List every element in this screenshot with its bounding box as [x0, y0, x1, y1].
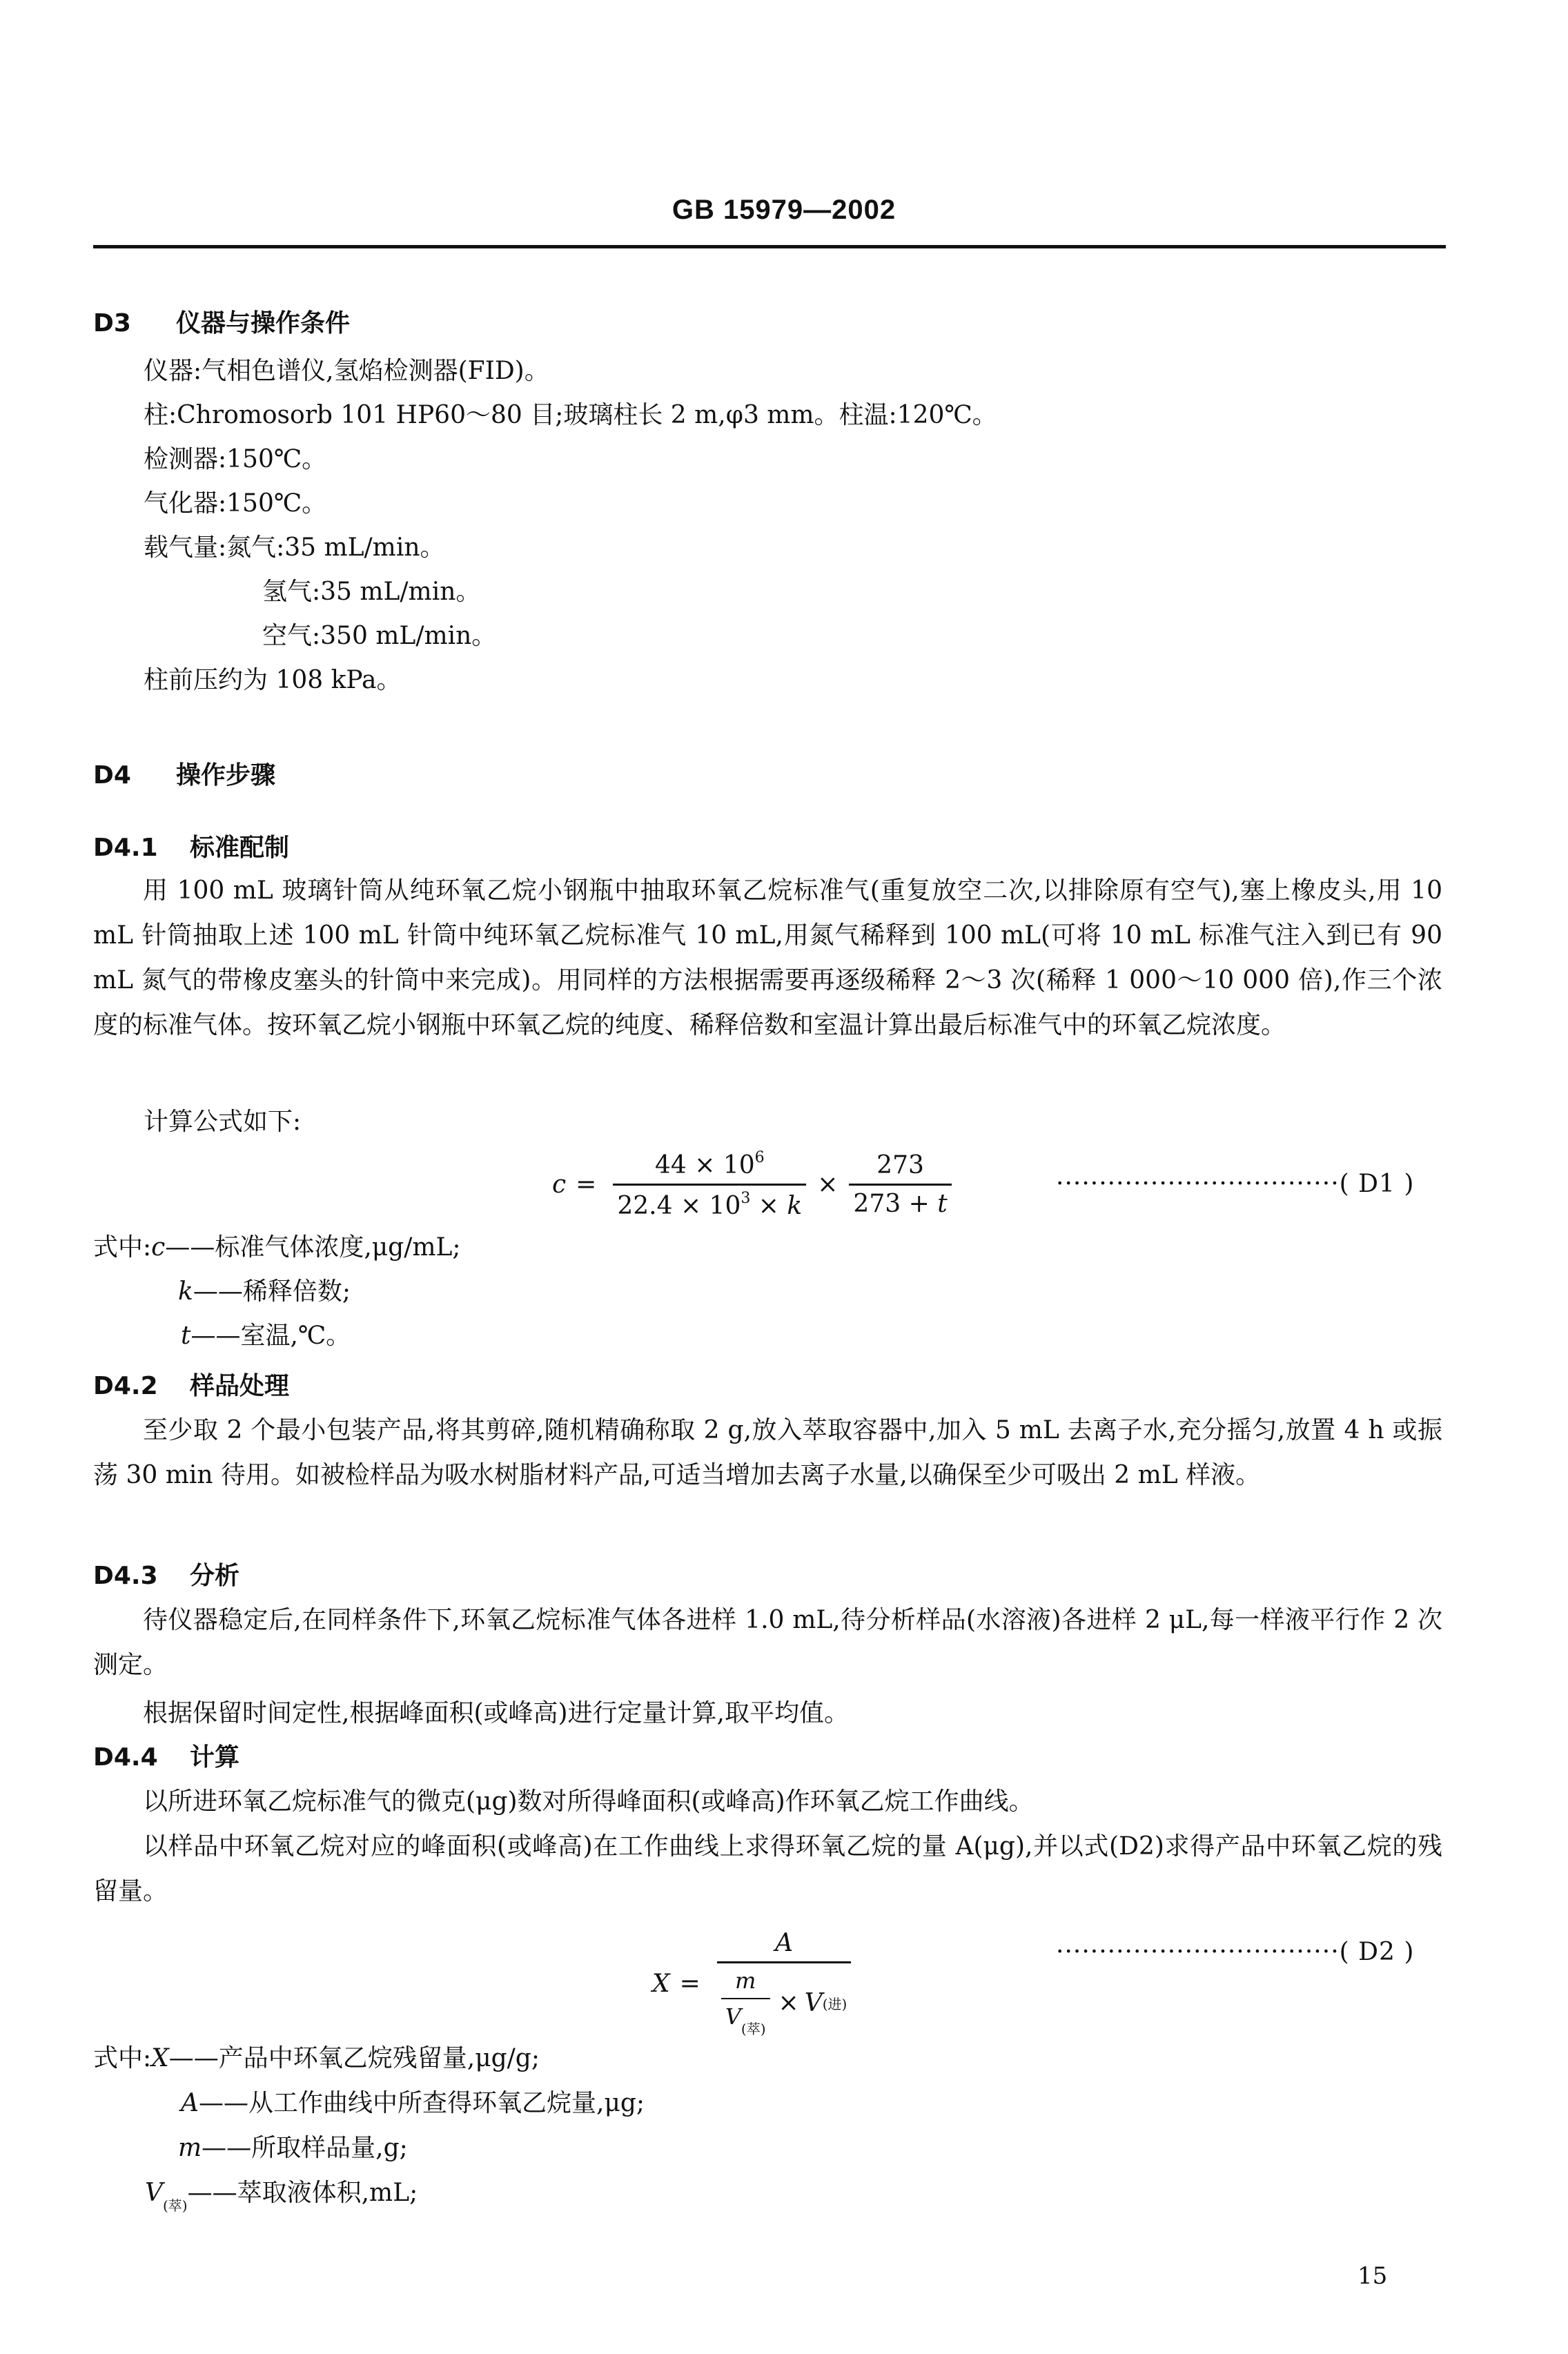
d3-line-air: 空气:350 mL/min。: [262, 624, 496, 649]
d3-line-pressure: 柱前压约为 108 kPa。: [144, 668, 401, 693]
where-symbol: m: [178, 2134, 202, 2162]
subscript-inject: (进): [823, 1993, 847, 2013]
formula-d2: X = A m V(萃) × V(进): [652, 1929, 858, 2038]
fraction-2-denominator: 273 +: [853, 1190, 937, 1218]
section-heading-d4-4: D4.4计算: [93, 1738, 239, 1773]
section-title: 标准配制: [190, 834, 289, 862]
where-description: ——稀释倍数;: [193, 1277, 351, 1306]
d4-4-paragraph-2: 以样品中环氧乙烷对应的峰面积(或峰高)在工作曲线上求得环氧乙烷的量 A(μg),…: [93, 1824, 1442, 1914]
formula-d1: c = 44 × 106 22.4 × 103 × k × 273 273 + …: [552, 1149, 959, 1220]
fraction-1-numerator: 44 × 10: [655, 1151, 755, 1179]
fraction-2-numerator: 273: [872, 1151, 928, 1184]
formula-var-c: c: [552, 1170, 566, 1199]
where-symbol: t: [181, 1322, 190, 1350]
exponent: 6: [755, 1149, 765, 1166]
section-heading-d4-2: D4.2样品处理: [93, 1366, 289, 1402]
fraction-main: A m V(萃) × V(进): [717, 1929, 852, 2038]
section-number: D4.2: [93, 1372, 176, 1400]
fraction-2: 273 273 + t: [849, 1151, 951, 1218]
where-prefix: 式中:: [93, 2044, 151, 2072]
page-number: 15: [1358, 2262, 1387, 2290]
times-sign: ×: [817, 1170, 838, 1199]
section-heading-d4: D4操作步骤: [93, 756, 275, 791]
where-description: ——从工作曲线中所查得环氧乙烷量,μg;: [199, 2089, 645, 2117]
d3-line-hydrogen: 氢气:35 mL/min。: [262, 580, 480, 605]
d3-line-vaporizer: 气化器:150℃。: [144, 491, 326, 516]
times-sign: ×: [750, 1192, 787, 1220]
header-rule: [93, 245, 1446, 248]
d1-where-t: t——室温,℃。: [181, 1324, 351, 1348]
section-title: 计算: [190, 1743, 239, 1772]
d4-4-paragraph-1: 以所进环氧乙烷标准气的微克(μg)数对所得峰面积(或峰高)作环氧乙烷工作曲线。: [93, 1779, 1442, 1824]
formula-d2-leader: ·································( D2 ): [1056, 1938, 1414, 1966]
fraction-1-denominator: 22.4 × 10: [617, 1192, 741, 1220]
dot-leader: ·································: [1056, 1938, 1340, 1966]
dot-leader: ·································: [1056, 1170, 1340, 1198]
where-description: ——标准气体浓度,μg/mL;: [165, 1233, 460, 1262]
d3-line-instrument: 仪器:气相色谱仪,氢焰检测器(FID)。: [144, 359, 549, 384]
section-title: 样品处理: [190, 1372, 289, 1400]
section-number: D4.3: [93, 1562, 176, 1590]
d1-where-c: 式中:c——标准气体浓度,μg/mL;: [93, 1235, 461, 1260]
equation-label-d2: ( D2 ): [1340, 1938, 1415, 1966]
d3-line-carrier-nitrogen: 载气量:氮气:35 mL/min。: [144, 536, 445, 560]
where-description: ——所取样品量,g;: [202, 2134, 408, 2162]
section-title: 仪器与操作条件: [176, 309, 350, 337]
formula-equals: =: [576, 1170, 596, 1199]
where-prefix: 式中:: [93, 1233, 151, 1262]
where-symbol: V: [145, 2179, 163, 2207]
exponent: 3: [741, 1190, 750, 1207]
fraction-inner: m V(萃): [721, 1968, 770, 2038]
section-title: 操作步骤: [176, 761, 275, 789]
formula-var-X: X: [652, 1970, 670, 1998]
section-number: D4.4: [93, 1743, 176, 1772]
d4-1-paragraph: 用 100 mL 玻璃针筒从纯环氧乙烷小钢瓶中抽取环氧乙烷标准气(重复放空二次,…: [93, 868, 1442, 1048]
where-symbol: A: [181, 2089, 199, 2117]
subscript-extract: (萃): [163, 2197, 188, 2214]
d2-where-A: A——从工作曲线中所查得环氧乙烷量,μg;: [181, 2091, 645, 2116]
d2-where-V-extract: V(萃)——萃取液体积,mL;: [145, 2181, 418, 2213]
formula-intro: 计算公式如下:: [144, 1110, 301, 1135]
times-sign: ×: [778, 1989, 799, 2017]
formula-var-V: V: [805, 1989, 823, 2017]
section-heading-d4-1: D4.1标准配制: [93, 828, 289, 863]
section-number: D4.1: [93, 834, 176, 862]
d3-line-column: 柱:Chromosorb 101 HP60～80 目;玻璃柱长 2 m,φ3 m…: [144, 403, 997, 428]
subscript-extract: (萃): [741, 2021, 766, 2037]
section-number: D3: [93, 309, 162, 337]
where-symbol: X: [151, 2044, 169, 2072]
fraction-inner-numerator: m: [731, 1968, 760, 1998]
document-header-code: GB 15979—2002: [0, 195, 1568, 226]
d4-3-paragraph-1: 待仪器稳定后,在同样条件下,环氧乙烷标准气体各进样 1.0 mL,待分析样品(水…: [93, 1598, 1442, 1687]
where-description: ——室温,℃。: [190, 1322, 351, 1350]
d1-where-k: k——稀释倍数;: [178, 1279, 351, 1304]
formula-var-V: V: [725, 2003, 741, 2030]
formula-d1-leader: ·································( D1 ): [1056, 1170, 1414, 1198]
d3-line-detector: 检测器:150℃。: [144, 447, 326, 472]
formula-var-t: t: [937, 1190, 947, 1218]
d2-where-X: 式中:X——产品中环氧乙烷残留量,μg/g;: [93, 2046, 540, 2071]
formula-equals: =: [680, 1970, 700, 1998]
section-heading-d3: D3仪器与操作条件: [93, 304, 350, 339]
where-symbol: c: [151, 1233, 165, 1262]
formula-var-k: k: [787, 1192, 802, 1220]
where-description: ——产品中环氧乙烷残留量,μg/g;: [169, 2044, 540, 2072]
section-title: 分析: [190, 1562, 239, 1590]
where-description: ——萃取液体积,mL;: [188, 2179, 418, 2207]
d4-3-paragraph-2: 根据保留时间定性,根据峰面积(或峰高)进行定量计算,取平均值。: [93, 1691, 1442, 1736]
d4-2-paragraph: 至少取 2 个最小包装产品,将其剪碎,随机精确称取 2 g,放入萃取容器中,加入…: [93, 1408, 1442, 1498]
fraction-main-numerator: A: [771, 1929, 797, 1961]
section-heading-d4-3: D4.3分析: [93, 1556, 239, 1591]
section-number: D4: [93, 761, 162, 789]
fraction-1: 44 × 106 22.4 × 103 × k: [613, 1149, 806, 1220]
d2-where-m: m——所取样品量,g;: [178, 2136, 408, 2161]
equation-label-d1: ( D1 ): [1340, 1170, 1415, 1198]
where-symbol: k: [178, 1277, 193, 1306]
